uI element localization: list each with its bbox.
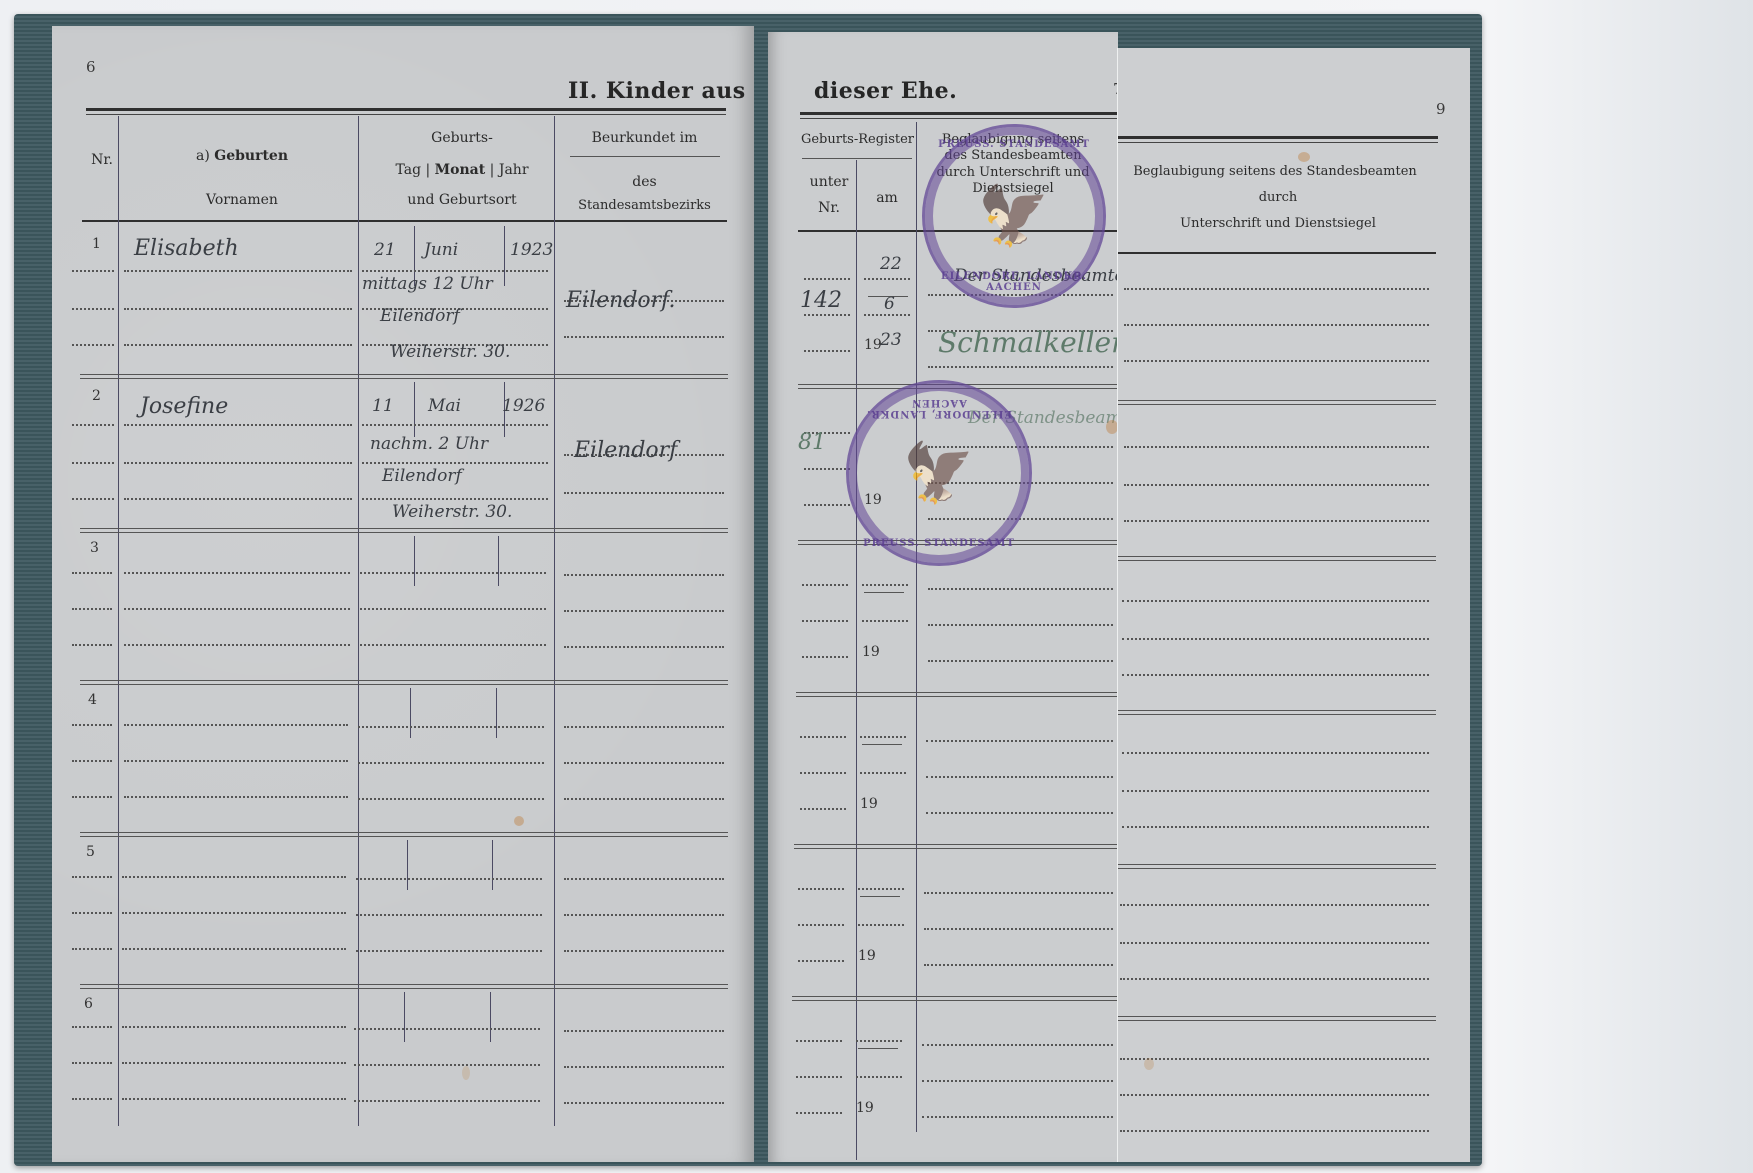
header-rule-thin — [800, 118, 1118, 119]
col-line-am — [916, 122, 917, 1132]
tag-divider — [414, 536, 415, 586]
row-sep — [1118, 864, 1436, 865]
page-number-foldout: 9 — [1436, 100, 1446, 118]
dot-line — [804, 278, 850, 280]
col-line-nr — [118, 116, 119, 1126]
year-prefix: 19 — [862, 644, 880, 660]
dot-line — [802, 656, 848, 658]
row-number: 1 — [92, 236, 101, 252]
dot-line — [924, 892, 1113, 894]
dot-line — [922, 1080, 1113, 1082]
header-divider — [802, 158, 912, 159]
dot-line — [796, 1040, 842, 1042]
child-1-standesamt: Eilendorf. — [566, 288, 676, 313]
dot-line — [72, 644, 112, 646]
header-tag-monat-jahr: Tag | Monat | Jahr — [362, 162, 562, 180]
dot-line — [124, 608, 350, 610]
header-standesamtsbezirks: Standesamtsbezirks — [562, 198, 727, 214]
eagle-icon: 🦅 — [903, 439, 975, 508]
dot-line — [564, 574, 724, 576]
dot-line — [1120, 1058, 1429, 1060]
dot-line — [926, 776, 1113, 778]
row-sep — [792, 1000, 1118, 1001]
child-1-register-nr: 142 — [800, 288, 842, 313]
dot-line — [564, 1030, 724, 1032]
child-2-vorname: Josefine — [140, 394, 228, 419]
page-number-left: 6 — [86, 58, 96, 76]
year-prefix: 19 — [860, 796, 878, 812]
dot-line — [124, 572, 350, 574]
col-line-geburts — [554, 116, 555, 1126]
row-sep — [80, 988, 728, 989]
dot-line — [122, 912, 346, 914]
child-2-zeit: nachm. 2 Uhr — [370, 434, 488, 454]
dot-line — [928, 660, 1113, 662]
dot-line — [1122, 638, 1429, 640]
official-stamp-2: 🦅 EILENDORF, LANDKR. AACHEN PREUSS. STAN… — [846, 380, 1032, 566]
title-left: II. Kinder aus — [568, 78, 746, 104]
row-sep — [792, 996, 1118, 997]
dot-line — [804, 468, 850, 470]
right-page: dieser Ehe. 7 Geburts-Register unter Nr.… — [768, 32, 1118, 1162]
dot-line — [360, 644, 546, 646]
dot-line — [800, 772, 846, 774]
row-sep — [1118, 560, 1436, 561]
dot-line — [564, 336, 724, 338]
monat-divider — [496, 688, 497, 738]
dot-line — [1124, 484, 1429, 486]
row-sep — [794, 844, 1118, 845]
dot-line — [362, 498, 548, 500]
dot-line — [564, 1066, 724, 1068]
child-2-ort: Eilendorf — [382, 466, 462, 486]
row-sep — [80, 836, 728, 837]
dot-line — [354, 1100, 540, 1102]
dot-line — [1120, 978, 1429, 980]
header-divider — [570, 156, 720, 157]
paper-stain — [462, 1066, 470, 1080]
dot-line — [1124, 520, 1429, 522]
dot-line — [124, 796, 348, 798]
header-jahr: Jahr — [499, 162, 529, 178]
row-sep — [796, 696, 1118, 697]
dot-line — [362, 424, 548, 426]
header-vornamen: Vornamen — [122, 192, 362, 210]
title-right: dieser Ehe. — [814, 78, 957, 104]
dot-line — [1122, 600, 1429, 602]
row-number: 5 — [86, 844, 95, 860]
header-rule-thin — [86, 114, 726, 115]
dot-line — [124, 424, 352, 426]
am-fraction-line — [864, 592, 904, 593]
row-sep — [80, 532, 728, 533]
year-prefix: 19 — [856, 1100, 874, 1116]
stamp-bottom-text: EILENDORF, LANDKR. AACHEN — [925, 271, 1103, 293]
dot-line — [72, 308, 114, 310]
dot-line — [1124, 360, 1429, 362]
header-des: des — [562, 174, 727, 192]
dot-line — [804, 350, 850, 352]
row-sep — [1118, 1020, 1436, 1021]
dot-line — [124, 308, 352, 310]
dot-line — [72, 462, 114, 464]
official-stamp-1: 🦅 PREUSS. STANDESAMT EILENDORF, LANDKR. … — [922, 124, 1106, 308]
row-sep — [80, 378, 728, 379]
dot-line — [72, 608, 112, 610]
tag-divider — [414, 382, 415, 437]
dot-line — [72, 760, 112, 762]
dot-line — [798, 960, 844, 962]
child-2-register-nr: 81 — [798, 430, 826, 455]
dot-line — [72, 948, 112, 950]
dot-line — [124, 724, 348, 726]
left-page: 6 II. Kinder aus Nr. a) Geburten Vorname… — [52, 26, 754, 1162]
dot-line — [862, 620, 908, 622]
tag-divider — [404, 992, 405, 1042]
dot-line — [564, 950, 724, 952]
dot-line — [124, 344, 352, 346]
header-geburten: a) Geburten — [122, 148, 362, 166]
child-1-strasse: Weiherstr. 30. — [390, 342, 510, 362]
dot-line — [862, 584, 908, 586]
dot-line — [858, 924, 904, 926]
header-rule — [800, 112, 1118, 115]
dot-line — [1122, 826, 1429, 828]
paper-stain — [1144, 1058, 1154, 1070]
dot-line — [358, 726, 544, 728]
dot-line — [1120, 904, 1429, 906]
dot-line — [72, 1098, 112, 1100]
am-fraction-line — [858, 1048, 898, 1049]
dot-line — [802, 584, 848, 586]
dot-line — [564, 798, 724, 800]
row-sep — [1118, 400, 1436, 401]
dot-line — [928, 366, 1113, 368]
monat-divider — [490, 992, 491, 1042]
dot-line — [564, 762, 724, 764]
monat-divider — [504, 226, 505, 286]
dot-line — [356, 878, 542, 880]
row-sep — [80, 832, 728, 833]
stamp-top-text: EILENDORF, LANDKR. AACHEN — [849, 397, 1029, 419]
dot-line — [72, 1026, 112, 1028]
dot-line — [124, 462, 352, 464]
child-1-am-tag: 22 — [880, 254, 902, 274]
header-geburts: Geburts- — [362, 130, 562, 148]
dot-line — [72, 270, 114, 272]
dot-line — [72, 724, 112, 726]
child-1-signature: Schmalkeller — [938, 326, 1125, 359]
header-unter: unter — [800, 174, 858, 192]
dot-line — [356, 950, 542, 952]
dot-line — [72, 344, 114, 346]
dot-line — [926, 812, 1113, 814]
header-rule — [86, 108, 726, 111]
dot-line — [356, 914, 542, 916]
dot-line — [924, 928, 1113, 930]
dot-line — [796, 1076, 842, 1078]
dot-line — [564, 878, 724, 880]
dot-line — [928, 588, 1113, 590]
row-sep — [80, 528, 728, 529]
child-2-tag: 11 — [372, 396, 394, 416]
dot-line — [860, 772, 906, 774]
tag-divider — [407, 840, 408, 890]
row-sep — [1118, 714, 1436, 715]
dot-line — [926, 740, 1113, 742]
dot-line — [72, 572, 112, 574]
foldout-page: 9 Beglaubigung seitens des Standesbeamte… — [1117, 48, 1470, 1162]
child-1-monat: Juni — [424, 240, 458, 260]
dot-line — [124, 270, 352, 272]
dot-line — [122, 876, 346, 878]
header-beurkundet: Beurkundet im — [562, 130, 727, 148]
child-2-jahr: 1926 — [502, 396, 545, 416]
row-sep — [1118, 1016, 1436, 1017]
dot-line — [922, 1116, 1113, 1118]
dot-line — [564, 610, 724, 612]
fold-header-2: durch — [1118, 190, 1438, 206]
dot-line — [1122, 674, 1429, 676]
dot-line — [124, 644, 350, 646]
dot-line — [1120, 1094, 1429, 1096]
dot-line — [122, 1026, 346, 1028]
dot-line — [122, 948, 346, 950]
header-rule-thin — [1118, 142, 1438, 143]
row-sep — [1118, 868, 1436, 869]
stamp-bottom-text: PREUSS. STANDESAMT — [849, 538, 1029, 549]
header-am: am — [858, 190, 916, 208]
row-sep — [80, 984, 728, 985]
dot-line — [362, 462, 548, 464]
child-2-monat: Mai — [428, 396, 461, 416]
dot-line — [354, 1064, 540, 1066]
dot-line — [358, 762, 544, 764]
dot-line — [358, 798, 544, 800]
dot-line — [122, 1062, 346, 1064]
dot-line — [360, 572, 546, 574]
dot-line — [1124, 446, 1429, 448]
dot-line — [856, 1076, 902, 1078]
row-number: 3 — [90, 540, 99, 556]
row-sep — [80, 374, 728, 375]
row-number: 2 — [92, 388, 101, 404]
monat-divider — [498, 536, 499, 586]
stamp-top-text: PREUSS. STANDESAMT — [925, 139, 1103, 150]
dot-line — [72, 876, 112, 878]
dot-line — [72, 424, 114, 426]
row-sep — [796, 692, 1118, 693]
dot-line — [564, 726, 724, 728]
header-rule — [1118, 136, 1438, 139]
row-sep — [80, 684, 728, 685]
dot-line — [122, 1098, 346, 1100]
header-geburtsort: und Geburtsort — [362, 192, 562, 210]
dot-line — [858, 888, 904, 890]
dot-line — [124, 498, 352, 500]
row-sep — [1118, 710, 1436, 711]
header-nr: Nr. — [82, 152, 122, 170]
child-2-strasse: Weiherstr. 30. — [392, 502, 512, 522]
dot-line — [800, 808, 846, 810]
dot-line — [798, 924, 844, 926]
child-1-tag: 21 — [374, 240, 396, 260]
dot-line — [800, 736, 846, 738]
row-sep — [1118, 404, 1436, 405]
dot-line — [362, 270, 548, 272]
dot-line — [804, 314, 850, 316]
child-1-ort: Eilendorf — [380, 306, 460, 326]
eagle-icon: 🦅 — [978, 182, 1050, 251]
row-sep — [794, 848, 1118, 849]
am-fraction-line — [862, 744, 902, 745]
dot-line — [864, 314, 910, 316]
dot-line — [802, 620, 848, 622]
row-number: 4 — [88, 692, 97, 708]
year-prefix: 19 — [858, 948, 876, 964]
dot-line — [564, 914, 724, 916]
dot-line — [796, 1112, 842, 1114]
dot-line — [564, 1102, 724, 1104]
col-line-vornamen — [358, 116, 359, 1126]
header-geburten-label: Geburten — [214, 148, 288, 164]
child-2-standesamt: Eilendorf — [574, 438, 677, 463]
monat-divider — [492, 840, 493, 890]
child-1-am-jahr: 23 — [880, 330, 902, 350]
dot-line — [360, 608, 546, 610]
dot-line — [864, 278, 910, 280]
fold-header-1: Beglaubigung seitens des Standesbeamten — [1110, 164, 1440, 180]
row-sep — [1118, 556, 1436, 557]
dot-line — [1122, 752, 1429, 754]
dot-line — [72, 498, 114, 500]
dot-line — [1122, 790, 1429, 792]
child-1-jahr: 1923 — [510, 240, 553, 260]
dot-line — [1124, 288, 1429, 290]
header-tag: Tag — [395, 162, 421, 178]
dot-line — [564, 492, 724, 494]
am-fraction-line — [860, 896, 900, 897]
dot-line — [922, 1044, 1113, 1046]
col-line-unter — [856, 160, 857, 1160]
child-1-zeit: mittags 12 Uhr — [362, 274, 493, 294]
tag-divider — [410, 688, 411, 738]
dot-line — [928, 624, 1113, 626]
dot-line — [354, 1028, 540, 1030]
header-geburten-prefix: a) — [196, 148, 210, 164]
row-sep — [80, 680, 728, 681]
header-monat: Monat — [435, 162, 486, 178]
dot-line — [1120, 1130, 1429, 1132]
paper-stain — [514, 816, 524, 826]
child-1-vorname: Elisabeth — [134, 236, 239, 261]
row-number: 6 — [84, 996, 93, 1012]
header-bottom-rule — [1118, 252, 1436, 254]
dot-line — [856, 1040, 902, 1042]
header-bottom-rule — [82, 220, 727, 222]
header-register: Geburts-Register — [800, 132, 915, 148]
dot-line — [72, 1062, 112, 1064]
child-1-am-monat: 6 — [884, 294, 895, 314]
dot-line — [924, 964, 1113, 966]
dot-line — [564, 646, 724, 648]
header-unter-nr: Nr. — [800, 200, 858, 218]
dot-line — [804, 504, 850, 506]
dot-line — [72, 912, 112, 914]
dot-line — [1124, 324, 1429, 326]
dot-line — [72, 796, 112, 798]
dot-line — [124, 760, 348, 762]
dot-line — [798, 888, 844, 890]
dot-line — [1120, 942, 1429, 944]
paper-stain — [1298, 152, 1310, 162]
dot-line — [860, 736, 906, 738]
fold-header-3: Unterschrift und Dienstsiegel — [1118, 216, 1438, 232]
